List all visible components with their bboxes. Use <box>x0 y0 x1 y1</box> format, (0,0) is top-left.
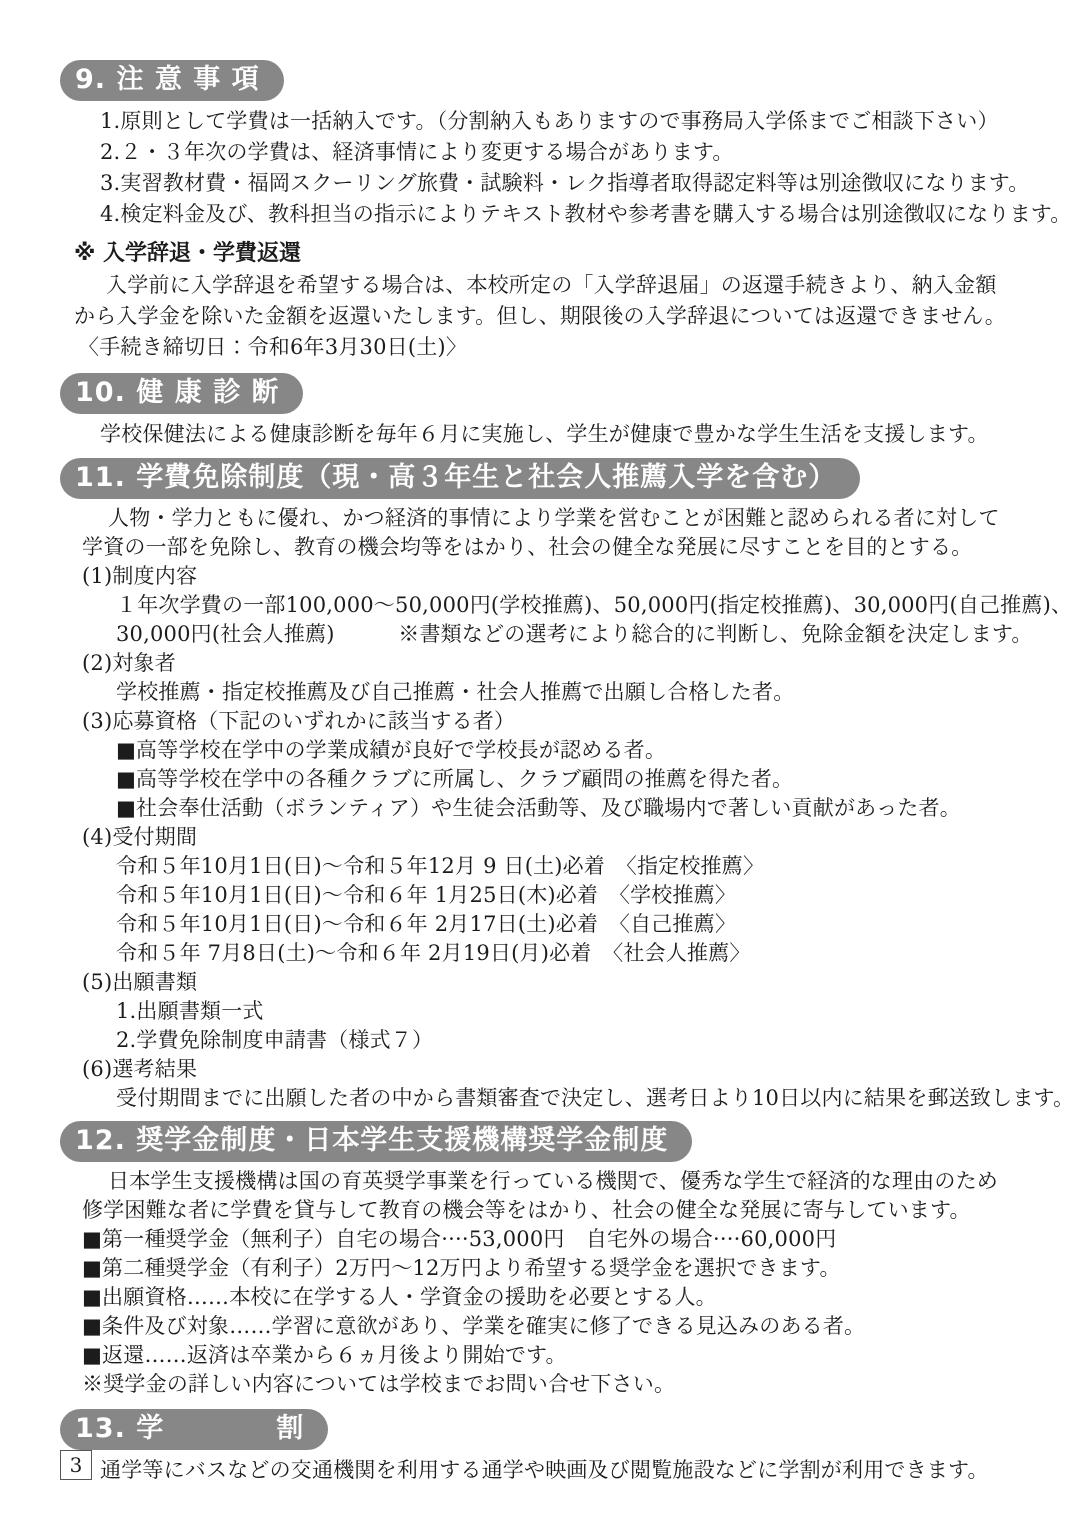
page-content: 9. 注 意 事 項 1.原則として学費は一括納入です。（分割納入もありますので… <box>0 0 1075 1486</box>
section-12-bullet: ■第一種奨学金（無利子）自宅の場合····53,000円 自宅外の場合····6… <box>60 1225 1033 1254</box>
section-11-line: 学資の一部を免除し、教育の機会均等をはかり、社会の健全な発展に尽すことを目的とす… <box>60 533 1033 562</box>
section-11-bullet: ■高等学校在学中の学業成績が良好で学校長が認める者。 <box>60 736 1033 765</box>
refund-note-title: ※ 入学辞退・学費返還 <box>60 238 1033 270</box>
section-11-date-range: 令和５年10月1日(日)～令和６年 1月25日(木)必着 〈学校推薦〉 <box>60 881 1033 910</box>
section-9-item-2: 2.２・３年次の学費は、経済事情により変更する場合があります。 <box>60 137 1033 168</box>
section-9-item-1: 1.原則として学費は一括納入です。（分割納入もありますので事務局入学係までご相談… <box>60 106 1033 137</box>
section-9-badge: 9. 注 意 事 項 <box>60 60 284 101</box>
section-13-body: 通学等にバスなどの交通機関を利用する通学や映画及び閲覧施設などに学割が利用できま… <box>60 1455 1033 1486</box>
section-11-line: 2.学費免除制度申請書（様式７） <box>60 1026 1033 1055</box>
section-11-line: 30,000円(社会人推薦) ※書類などの選考により総合的に判断し、免除金額を決… <box>60 620 1033 649</box>
section-12-bullet: ■第二種奨学金（有利子）2万円～12万円より希望する奨学金を選択できます。 <box>60 1254 1033 1283</box>
section-9-item-3: 3.実習教材費・福岡スクーリング旅費・試験料・レク指導者取得認定料等は別途徴収に… <box>60 168 1033 199</box>
document-page: 9. 注 意 事 項 1.原則として学費は一括納入です。（分割納入もありますので… <box>0 0 1075 1519</box>
section-11-bullet: ■高等学校在学中の各種クラブに所属し、クラブ顧問の推薦を得た者。 <box>60 765 1033 794</box>
section-11-line: 1.出願書類一式 <box>60 997 1033 1026</box>
section-11-line: １年次学費の一部100,000～50,000円(学校推薦)、50,000円(指定… <box>60 591 1033 620</box>
section-12-body: 日本学生支援機構は国の育英奨学事業を行っている機関で、優秀な学生で経済的な理由の… <box>60 1167 1033 1399</box>
section-12-line: 修学困難な者に学費を貸与して教育の機会等をはかり、社会の健全な発展に寄与していま… <box>60 1196 1033 1225</box>
refund-note-body-line-2: から入学金を除いた金額を返還いたします。但し、期限後の入学辞退については返還でき… <box>60 301 1033 332</box>
section-11-badge: 11. 学費免除制度（現・高３年生と社会人推薦入学を含む） <box>60 458 860 499</box>
section-11-date-range: 令和５年 7月8日(土)～令和６年 2月19日(月)必着 〈社会人推薦〉 <box>60 939 1033 968</box>
section-11-body: 人物・学力ともに優れ、かつ経済的事情により学業を営むことが困難と認められる者に対… <box>60 504 1033 1113</box>
section-11-line: 人物・学力ともに優れ、かつ経済的事情により学業を営むことが困難と認められる者に対… <box>60 504 1033 533</box>
section-9-header: 9. 注 意 事 項 <box>60 60 1033 101</box>
section-10-body: 学校保健法による健康診断を毎年６月に実施し、学生が健康で豊かな学生生活を支援しま… <box>60 419 1033 450</box>
refund-note-body-line-1: 入学前に入学辞退を希望する場合は、本校所定の「入学辞退届」の返還手続きより、納入… <box>60 270 1033 301</box>
section-11-subheading-4: (4)受付期間 <box>60 823 1033 852</box>
page-number: 3 <box>60 1450 92 1480</box>
section-11-header: 11. 学費免除制度（現・高３年生と社会人推薦入学を含む） <box>60 458 1033 499</box>
section-11-bullet: ■社会奉仕活動（ボランティア）や生徒会活動等、及び職場内で著しい貢献があった者。 <box>60 794 1033 823</box>
section-10-badge: 10. 健 康 診 断 <box>60 373 303 414</box>
section-11-subheading-5: (5)出願書類 <box>60 968 1033 997</box>
section-11-subheading-6: (6)選考結果 <box>60 1055 1033 1084</box>
section-11-line: 受付期間までに出願した者の中から書類審査で決定し、選考日より10日以内に結果を郵… <box>60 1084 1033 1113</box>
section-12-line: 日本学生支援機構は国の育英奨学事業を行っている機関で、優秀な学生で経済的な理由の… <box>60 1167 1033 1196</box>
section-12-bullet: ■条件及び対象……学習に意欲があり、学業を確実に修了できる見込みのある者。 <box>60 1312 1033 1341</box>
section-9-item-4: 4.検定料金及び、教科担当の指示によりテキスト教材や参考書を購入する場合は別途徴… <box>60 199 1033 230</box>
section-12-note: ※奨学金の詳しい内容については学校までお問い合せ下さい。 <box>60 1370 1033 1399</box>
section-12-badge: 12. 奨学金制度・日本学生支援機構奨学金制度 <box>60 1121 692 1162</box>
section-11-subheading-3: (3)応募資格（下記のいずれかに該当する者） <box>60 707 1033 736</box>
section-11-line: 学校推薦・指定校推薦及び自己推薦・社会人推薦で出願し合格した者。 <box>60 678 1033 707</box>
section-12-header: 12. 奨学金制度・日本学生支援機構奨学金制度 <box>60 1121 1033 1162</box>
section-11-subheading-1: (1)制度内容 <box>60 562 1033 591</box>
section-13-header: 13. 学 割 <box>60 1409 1033 1450</box>
refund-note-deadline: 〈手続き締切日：令和6年3月30日(土)〉 <box>60 332 1033 363</box>
section-13-badge: 13. 学 割 <box>60 1409 328 1450</box>
section-11-subheading-2: (2)対象者 <box>60 649 1033 678</box>
section-12-bullet: ■出願資格……本校に在学する人・学資金の援助を必要とする人。 <box>60 1283 1033 1312</box>
section-11-date-range: 令和５年10月1日(日)～令和５年12月 9 日(土)必着 〈指定校推薦〉 <box>60 852 1033 881</box>
section-12-bullet: ■返還……返済は卒業から６ヵ月後より開始です。 <box>60 1341 1033 1370</box>
section-11-date-range: 令和５年10月1日(日)～令和６年 2月17日(土)必着 〈自己推薦〉 <box>60 910 1033 939</box>
section-10-header: 10. 健 康 診 断 <box>60 373 1033 414</box>
